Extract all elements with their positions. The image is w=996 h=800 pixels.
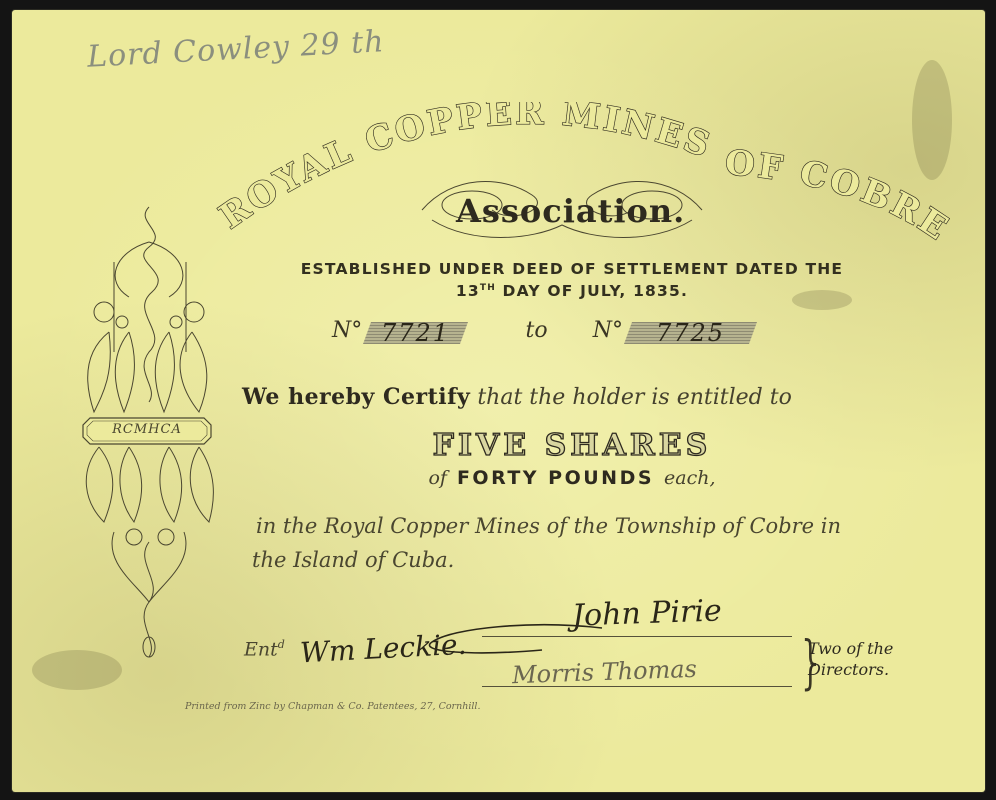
established-line-2: 13TH DAY OF JULY, 1835. (252, 279, 892, 301)
number-label-to: N° (593, 318, 623, 343)
entered-sup: d (278, 638, 285, 651)
number-to-box: 7725 (624, 322, 757, 344)
established-text: ESTABLISHED UNDER DEED OF SETTLEMENT DAT… (252, 260, 892, 301)
certificate-paper: Lord Cowley 29 th ROYAL COPPER MINES OF … (12, 10, 985, 792)
printer-imprint: Printed from Zinc by Chapman & Co. Paten… (185, 701, 480, 712)
pounds-pre: of (428, 467, 446, 489)
day-suffix: TH (480, 283, 496, 293)
to-label: to (526, 318, 548, 343)
established-line-1: ESTABLISHED UNDER DEED OF SETTLEMENT DAT… (252, 260, 892, 279)
certify-script: that the holder is entitled to (470, 385, 791, 410)
directors-label: Two of the Directors. (808, 638, 893, 680)
directors-line-1: Two of the (808, 638, 893, 659)
association-subtitle: Association. (456, 192, 682, 230)
number-from-box: 7721 (363, 322, 468, 344)
pencil-annotation: Lord Cowley 29 th (86, 24, 385, 75)
date-rest: DAY OF JULY, 1835. (496, 282, 688, 300)
body-line-1: in the Royal Copper Mines of the Townshi… (256, 514, 841, 538)
certify-bold: We hereby Certify (242, 384, 470, 410)
body-line-2: the Island of Cuba. (252, 548, 454, 572)
pounds-post: each, (664, 467, 716, 489)
entered-label: Entd (244, 638, 285, 660)
certify-statement: We hereby Certify that the holder is ent… (242, 384, 922, 410)
share-number-range: N° 7721 to N° 7725 (332, 318, 812, 352)
pounds-amount: FORTY POUNDS (457, 467, 654, 489)
monogram-text: RCMHCA (88, 422, 206, 437)
number-to: 7725 (656, 322, 725, 344)
entered-text: Ent (244, 638, 278, 660)
directors-line-2: Directors. (808, 659, 893, 680)
share-count: FIVE SHARES (312, 428, 832, 463)
number-from: 7721 (381, 322, 450, 344)
title-of-cobre: OF COBRE (723, 143, 952, 250)
share-value: ofFORTY POUNDSeach, (312, 467, 832, 489)
number-label-from: N° (332, 318, 362, 343)
signature-flourish (412, 620, 612, 660)
day-number: 13 (456, 282, 480, 300)
